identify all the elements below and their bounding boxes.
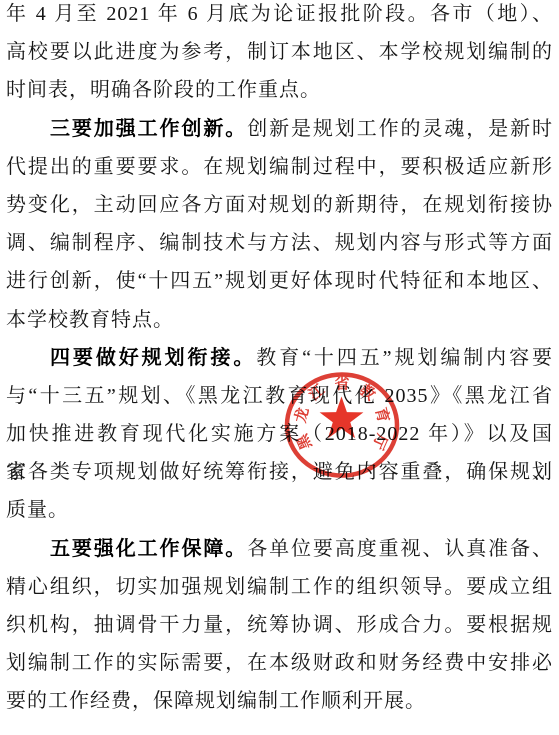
text-line: 势变化，主动回应各方面对规划的新期待，在规划衔接协	[6, 186, 553, 224]
text-line: 时间表，明确各阶段的工作重点。	[6, 71, 553, 109]
paragraph: 三要加强工作创新。创新是规划工作的灵魂，是新时代提出的重要要求。在规划编制过程中…	[6, 110, 553, 339]
text-line: 质量。	[6, 491, 553, 529]
line-text: 势变化，主动回应各方面对规划的新期待，在规划衔接协	[6, 194, 553, 216]
line-text: 质量。	[6, 499, 69, 521]
paragraph: 五要强化工作保障。各单位要高度重视、认真准备、精心组织，切实加强规划编制工作的组…	[6, 530, 553, 721]
text-line: 四要做好规划衔接。教育“十四五”规划编制内容要	[6, 339, 553, 377]
line-text: 织机构，抽调骨干力量，统筹协调、形成合力。要根据规	[6, 614, 553, 636]
text-line: 调、编制程序、编制技术与方法、规划内容与形式等方面	[6, 224, 553, 262]
bold-lead: 五要强化工作保障。	[50, 538, 247, 560]
text-line: 代提出的重要要求。在规划编制过程中，要积极适应新形	[6, 148, 553, 186]
text-line: 三要加强工作创新。创新是规划工作的灵魂，是新时	[6, 110, 553, 148]
document-page: 年 4 月至 2021 年 6 月底为论证报批阶段。各市（地）、高校要以此进度为…	[0, 0, 559, 735]
paragraph: 年 4 月至 2021 年 6 月底为论证报批阶段。各市（地）、高校要以此进度为…	[6, 0, 553, 110]
text-line: 五要强化工作保障。各单位要高度重视、认真准备、	[6, 530, 553, 568]
line-text: 与“十三五”规划、《黑龙江教育现代化 2035》《黑龙江省	[6, 385, 553, 407]
text-line: 年 4 月至 2021 年 6 月底为论证报批阶段。各市（地）、	[6, 0, 553, 33]
text-line: 加快推进教育现代化实施方案（2018-2022 年）》以及国家、	[6, 415, 553, 453]
line-text: 各单位要高度重视、认真准备、	[247, 538, 553, 560]
line-text: 本学校教育特点。	[6, 309, 174, 331]
line-text: 进行创新，使“十四五”规划更好体现时代特征和本地区、	[6, 270, 553, 292]
line-text: 教育“十四五”规划编制内容要	[256, 347, 553, 369]
bold-lead: 三要加强工作创新。	[50, 118, 247, 140]
line-text: 划编制工作的实际需要，在本级财政和财务经费中安排必	[6, 652, 553, 674]
text-line: 与“十三五”规划、《黑龙江教育现代化 2035》《黑龙江省	[6, 377, 553, 415]
paragraph: 四要做好规划衔接。教育“十四五”规划编制内容要与“十三五”规划、《黑龙江教育现代…	[6, 339, 553, 530]
document-body: 年 4 月至 2021 年 6 月底为论证报批阶段。各市（地）、高校要以此进度为…	[6, 0, 553, 721]
line-text: 时间表，明确各阶段的工作重点。	[6, 79, 321, 101]
text-line: 省各类专项规划做好统筹衔接，避免内容重叠，确保规划	[6, 453, 553, 491]
line-text: 精心组织，切实加强规划编制工作的组织领导。要成立组	[6, 576, 553, 598]
text-line: 织机构，抽调骨干力量，统筹协调、形成合力。要根据规	[6, 606, 553, 644]
bold-lead: 四要做好规划衔接。	[50, 347, 256, 369]
text-line: 高校要以此进度为参考，制订本地区、本学校规划编制的	[6, 33, 553, 71]
text-line: 进行创新，使“十四五”规划更好体现时代特征和本地区、	[6, 262, 553, 300]
text-line: 划编制工作的实际需要，在本级财政和财务经费中安排必	[6, 644, 553, 682]
line-text: 省各类专项规划做好统筹衔接，避免内容重叠，确保规划	[6, 461, 553, 483]
text-line: 本学校教育特点。	[6, 301, 553, 339]
line-text: 要的工作经费，保障规划编制工作顺利开展。	[6, 690, 426, 712]
line-text: 调、编制程序、编制技术与方法、规划内容与形式等方面	[6, 232, 553, 254]
line-text: 高校要以此进度为参考，制订本地区、本学校规划编制的	[6, 41, 553, 63]
line-text: 年 4 月至 2021 年 6 月底为论证报批阶段。各市（地）、	[6, 3, 553, 25]
line-text: 代提出的重要要求。在规划编制过程中，要积极适应新形	[6, 156, 553, 178]
text-line: 要的工作经费，保障规划编制工作顺利开展。	[6, 682, 553, 720]
text-line: 精心组织，切实加强规划编制工作的组织领导。要成立组	[6, 568, 553, 606]
line-text: 创新是规划工作的灵魂，是新时	[247, 118, 553, 140]
